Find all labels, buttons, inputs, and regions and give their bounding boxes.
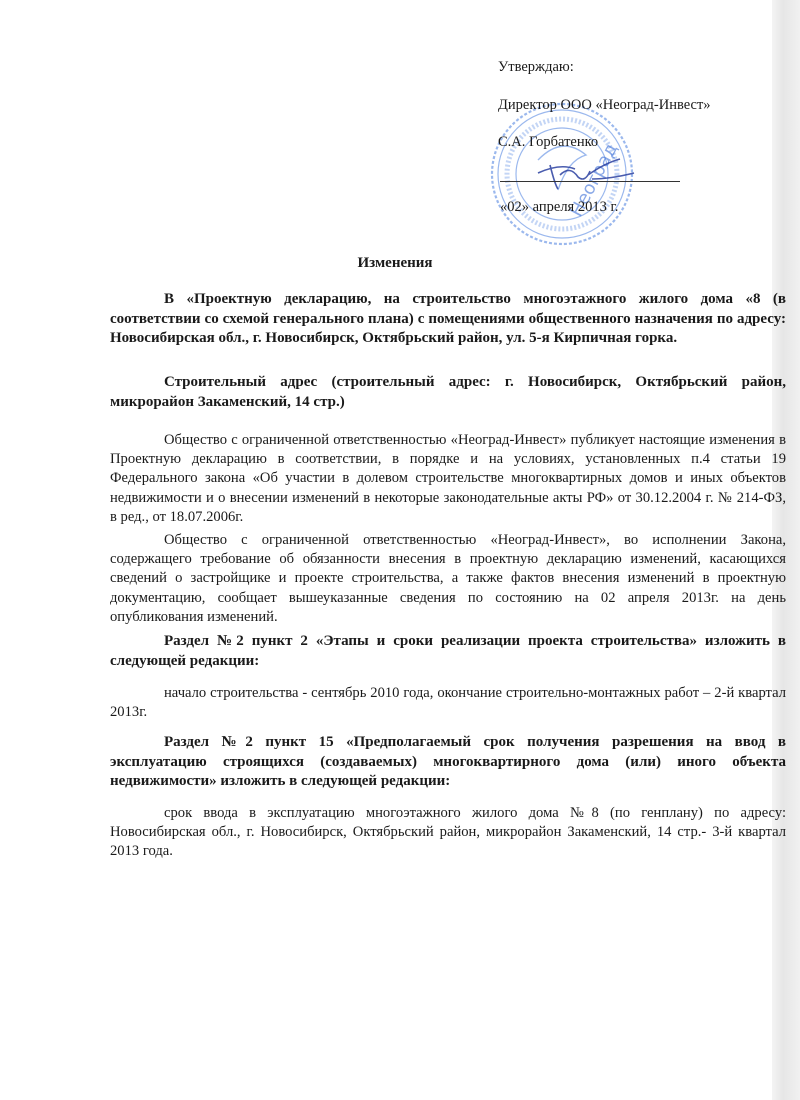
director-name: С.А. Горбатенко [498,133,598,151]
director-position: Директор ООО «Неоград-Инвест» [498,96,711,114]
document-title: Изменения [0,255,790,272]
section-2-item-15-heading: Раздел №2 пункт 15 «Предполагаемый срок … [110,733,786,792]
construction-address-paragraph: Строительный адрес (строительный адрес: … [110,373,786,412]
section-2-item-2-heading: Раздел №2 пункт 2 «Этапы и сроки реализа… [110,632,786,671]
company-stamp-icon: Неоград [488,100,636,248]
section-2-item-15-text: срок ввода в эксплуатацию многоэтажного … [110,804,786,862]
signature-line [500,181,680,182]
approve-label: Утверждаю: [498,58,574,76]
intro-paragraph: В «Проектную декларацию, на строительств… [110,290,786,349]
approval-date: «02» апреля 2013 г. [500,198,618,216]
compliance-paragraph: Общество с ограниченной ответственностью… [110,531,786,627]
publication-paragraph: Общество с ограниченной ответственностью… [110,431,786,527]
section-2-item-2-text: начало строительства - сентябрь 2010 год… [110,684,786,722]
signature-icon [530,145,640,195]
